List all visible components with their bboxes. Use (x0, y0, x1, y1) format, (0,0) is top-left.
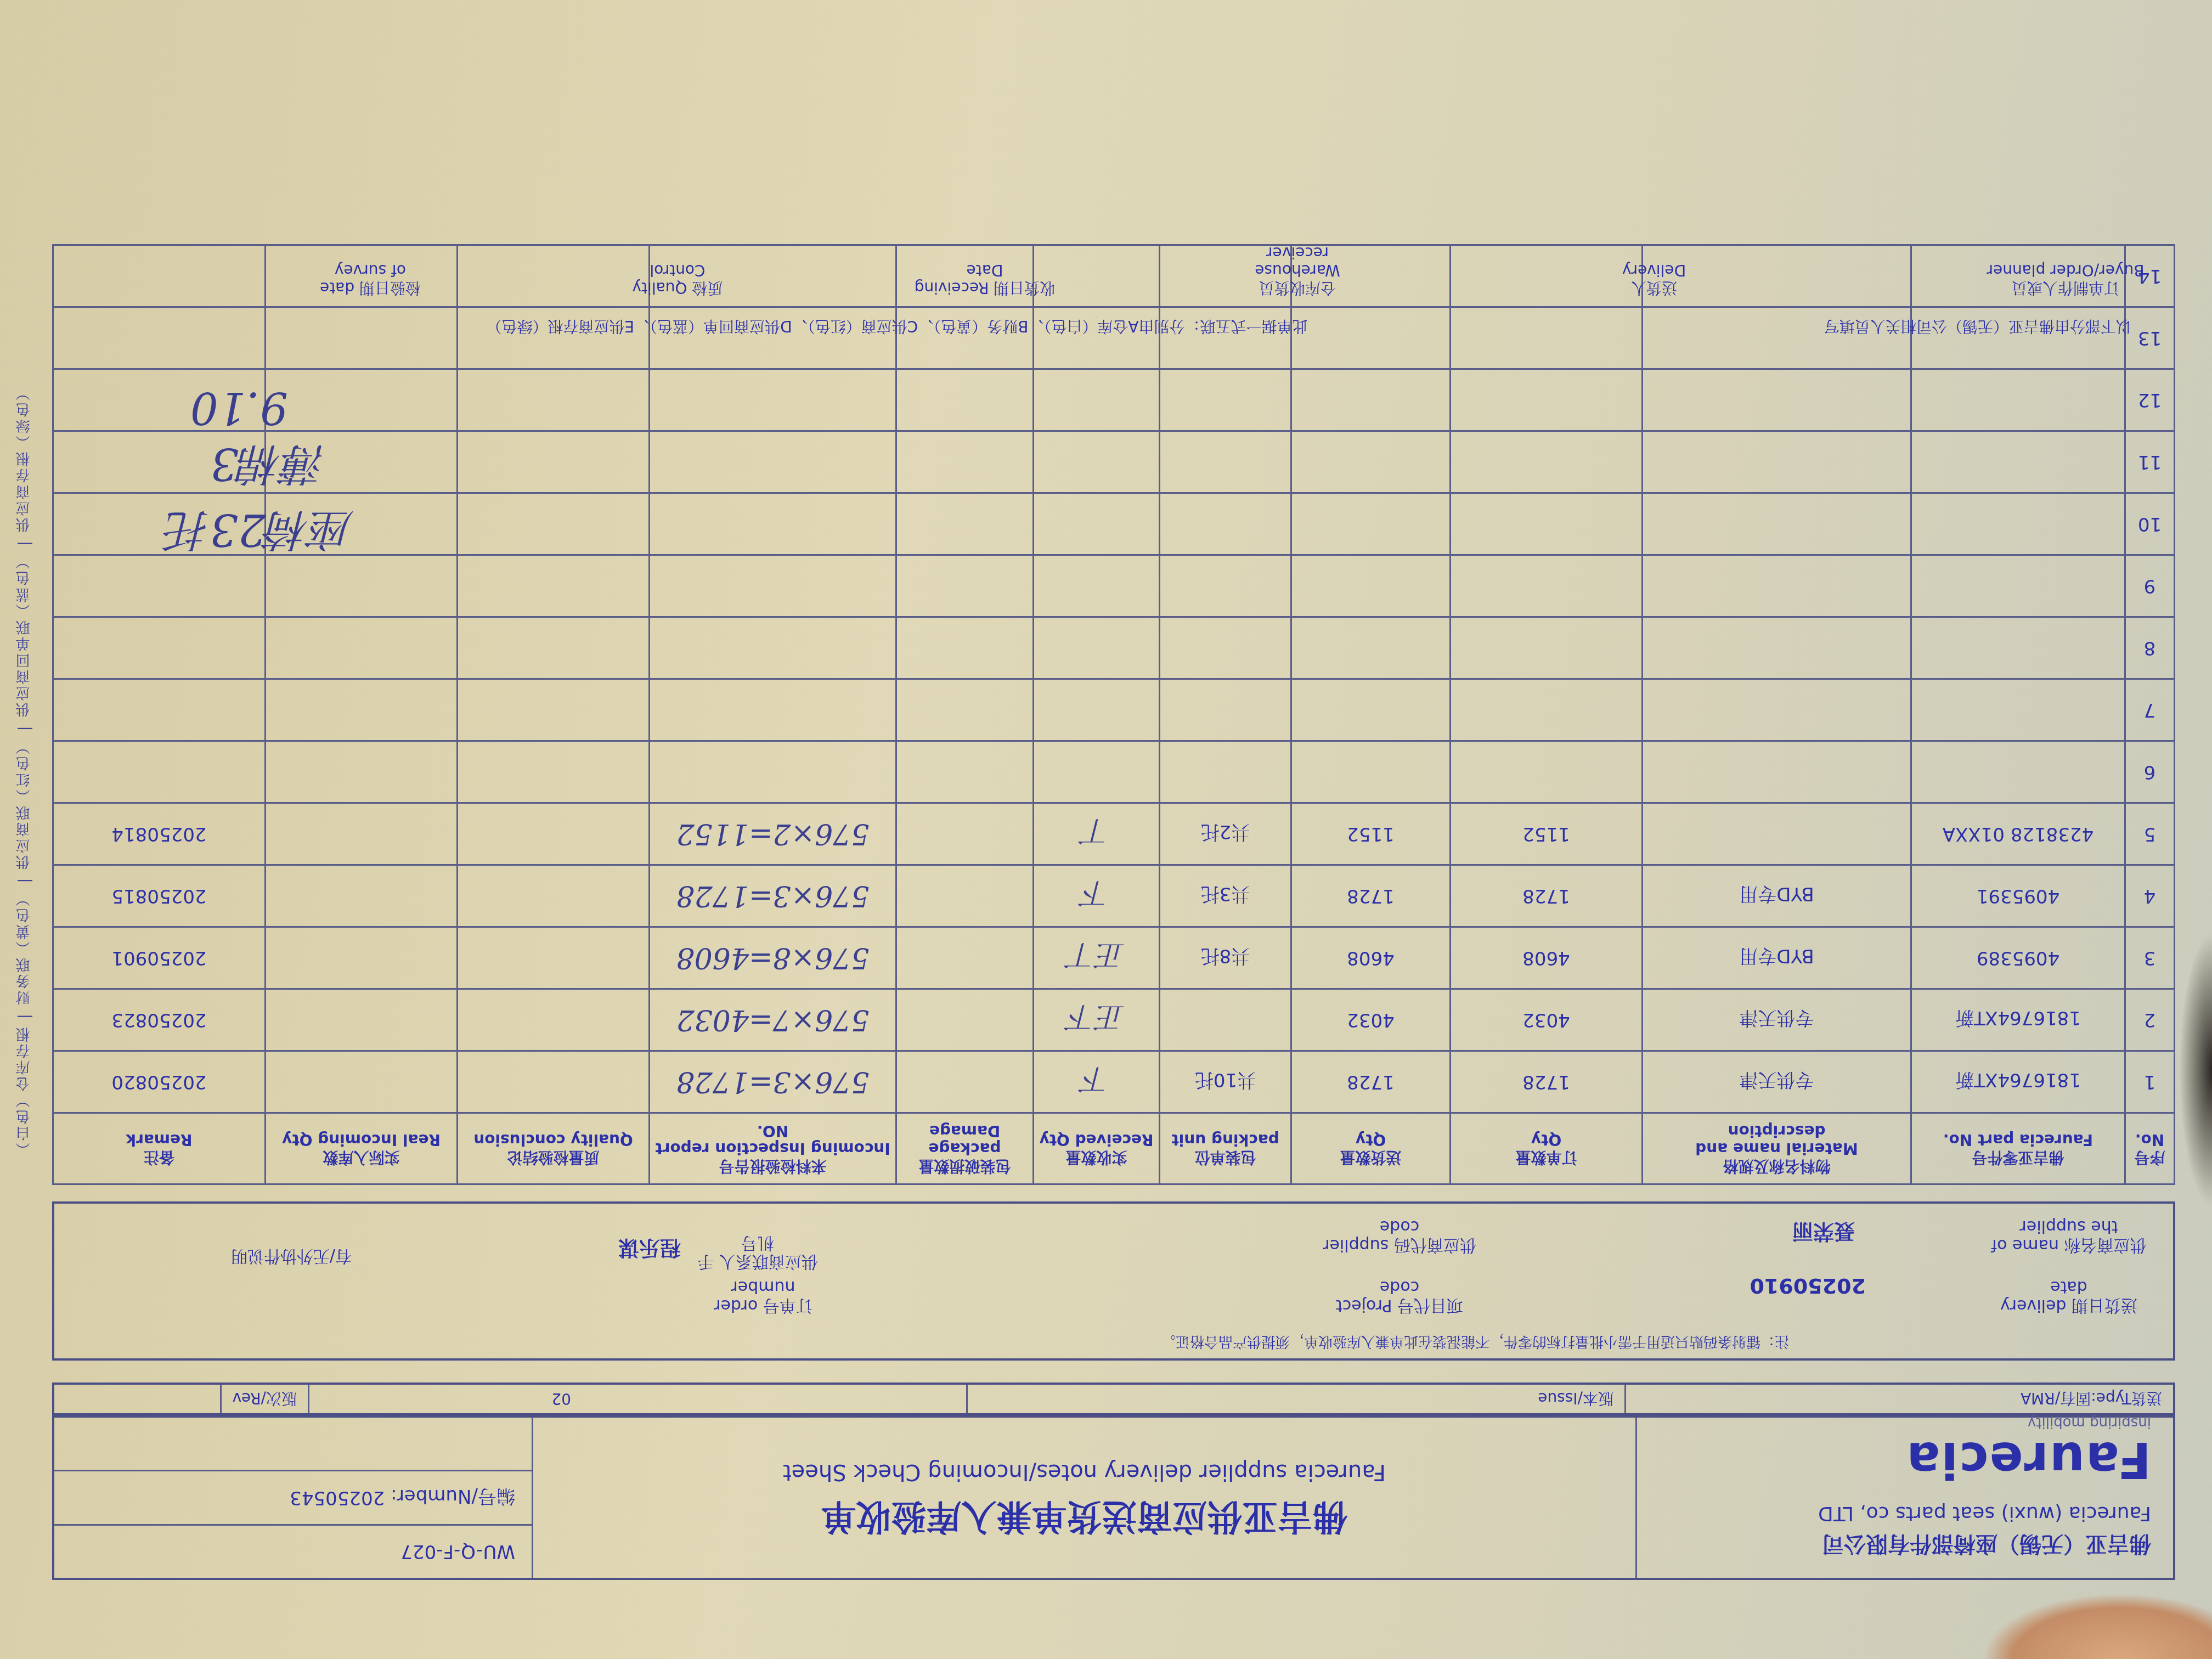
receiving-date-label: 收货日期 Receiving Date (913, 261, 1056, 296)
cell-no: 3 (2125, 927, 2175, 989)
handwritten-remark-2: 薄棉3 (211, 436, 326, 499)
supplier-name-label: 供应商名称 name of the supplier (1987, 1217, 2151, 1254)
cell-quality (458, 865, 650, 927)
cell-desc: BYD专用 (1643, 865, 1911, 927)
order-number-label: 订单号 order number (708, 1277, 818, 1314)
table-row: 4 4095391 BYD专用 1728 1728 共3托 下 576×3=17… (53, 865, 2175, 927)
title-en: Faurecia supplier delivery notes/Incomin… (533, 1459, 1635, 1485)
items-table: 序号No. 佛吉亚零件号Faurecia part No. 物料名称及规格Mat… (52, 244, 2175, 1185)
cell-no: 6 (2125, 741, 2175, 803)
cell-damage (896, 865, 1034, 927)
company-name-en: Faurecia (wuxi) seat parts co, LTD (1659, 1502, 2151, 1525)
cell-delivery-qty: 1152 (1291, 803, 1451, 865)
cell-received: 下 (1034, 1051, 1160, 1113)
qc-label: 质检 Quality Control (628, 261, 727, 296)
cell-quality (458, 989, 650, 1051)
faurecia-logo: Faurecia (1659, 1431, 2151, 1488)
cell-no: 9 (2125, 555, 2175, 617)
cell-quality (458, 927, 650, 989)
cell-report: 576×3=1728 (650, 865, 896, 927)
cell-part: 1816764XT新 (1911, 989, 2125, 1051)
deliverer-label: 送货人 Delivery (1616, 261, 1692, 296)
cell-damage (896, 989, 1034, 1051)
distribution-note: 此单据一式五联：分别由A仓库（白色）、B财务（黄色）、C供应商（红色）、D供应商… (403, 317, 1391, 335)
cell-report: 576×7=4032 (650, 989, 896, 1051)
cell-real-qty (266, 803, 458, 865)
cell-no: 11 (2125, 431, 2175, 493)
table-row: 3 4095389 BYD专用 4608 4608 共8托 正丅 576×8=4… (53, 927, 2175, 989)
table-row: 7 (53, 679, 2175, 741)
edge-shadow (2179, 933, 2212, 1207)
form-blank (54, 1418, 532, 1470)
rev-value: 02 (308, 1385, 582, 1413)
title-cn: 佛吉亚供应商送货单兼入库验收单 (533, 1494, 1635, 1545)
cell-damage (896, 803, 1034, 865)
cell-quality (458, 803, 650, 865)
cell-real-qty (266, 927, 458, 989)
col-report: 来料检验报告号Incoming Inspection report NO. (650, 1113, 896, 1184)
delivery-note-form: 佛吉亚（无锡）座椅部件有限公司 Faurecia (wuxi) seat par… (52, 241, 2175, 1580)
cell-no: 7 (2125, 679, 2175, 741)
col-desc: 物料名称及规格Material name and description (1643, 1113, 1911, 1184)
issue-label: 版本/Issue (966, 1385, 1624, 1413)
copy-note: 以下部分由佛吉亚（无锡）公司相关人员填写 (1786, 317, 2170, 335)
cell-received: 正下 (1034, 989, 1160, 1051)
table-row: 10 (53, 493, 2175, 555)
handwritten-remark-1: 座椅23托 (166, 502, 354, 565)
rev-type: 送货Type:固有/RMA (1624, 1385, 2173, 1413)
table-header-row: 序号No. 佛吉亚零件号Faurecia part No. 物料名称及规格Mat… (53, 1113, 2175, 1184)
delivery-date-value: 20250910 (1750, 1274, 1866, 1298)
company-block: 佛吉亚（无锡）座椅部件有限公司 Faurecia (wuxi) seat par… (1635, 1418, 2173, 1578)
cell-packing: 共8托 (1160, 927, 1291, 989)
rev-label: 版次/Rev (220, 1385, 308, 1413)
cell-delivery-qty: 1728 (1291, 865, 1451, 927)
cell-real-qty (266, 1051, 458, 1113)
cell-packing: 共2托 (1160, 803, 1291, 865)
cell-no: 10 (2125, 493, 2175, 555)
table-row: 12 (53, 369, 2175, 431)
cell-received: 丅 (1034, 803, 1160, 865)
cell-order-qty: 1728 (1451, 865, 1643, 927)
cell-remark: 20250815 (53, 865, 266, 927)
cell-report: 576×3=1728 (650, 1051, 896, 1113)
cell-part: 4095391 (1911, 865, 2125, 927)
cell-remark: 20250901 (53, 927, 266, 989)
info-note: 注：镭射条码贴只适用于需小批量打标的零件，不能混装在此单兼入库验收单，须提供产品… (1161, 1333, 1789, 1353)
cell-packing: 共3托 (1160, 865, 1291, 927)
cell-delivery-qty: 4032 (1291, 989, 1451, 1051)
revision-row: 送货Type:固有/RMA 版本/Issue 02 版次/Rev (52, 1383, 2175, 1415)
cell-remark: 20250820 (53, 1051, 266, 1113)
col-real-qty: 实际入库数Real Incoming Qty (266, 1113, 458, 1184)
col-quality: 质量检验结论Quality conclusion (458, 1113, 650, 1184)
cell-damage (896, 927, 1034, 989)
survey-date-label: 检验日期 date of survey (315, 261, 425, 296)
table-row: 6 (53, 741, 2175, 803)
cell-report: 576×8=4608 (650, 927, 896, 989)
handwritten-remark-3: 9.10 (190, 382, 288, 433)
supplier-name-value: 聂荣丽 (1792, 1218, 1855, 1249)
signature-footer: 以下部分由佛吉亚（无锡）公司相关人员填写 此单据一式五联：分别由A仓库（白色）、… (52, 241, 2175, 351)
col-order-qty: 订单数量Qty (1451, 1113, 1643, 1184)
supplier-code-label: 供应商代码 supplier code (1317, 1217, 1482, 1254)
cell-damage (896, 1051, 1034, 1113)
cell-delivery-qty: 1728 (1291, 1051, 1451, 1113)
cell-packing: 共10托 (1160, 1051, 1291, 1113)
col-delivery-qty: 送货数量Qty (1291, 1113, 1451, 1184)
cell-received: 下 (1034, 865, 1160, 927)
table-row: 2 1816764XT新 专供天津 4032 4032 正下 576×7=403… (53, 989, 2175, 1051)
buyer-label: 订单制作人或员 Buyer/Order planner (1978, 261, 2153, 296)
cell-order-qty: 1152 (1451, 803, 1643, 865)
table-row: 1 1816764XT新 专供天津 1728 1728 共10托 下 576×3… (53, 1051, 2175, 1113)
cell-desc: BYD专用 (1643, 927, 1911, 989)
cell-report: 576×2=1152 (650, 803, 896, 865)
col-remark: 备注Remark (53, 1113, 266, 1184)
project-code-label: 项目代号 Project code (1317, 1277, 1482, 1314)
cell-no: 8 (2125, 617, 2175, 679)
cell-part: 1816764XT新 (1911, 1051, 2125, 1113)
brand-tagline: inspiring mobility (1659, 1414, 2151, 1431)
hand-in-frame (1982, 1593, 2212, 1659)
form-meta: WU-Q-F-027 编号/Number: 20250543 (54, 1418, 532, 1578)
cell-delivery-qty: 4608 (1291, 927, 1451, 989)
cell-real-qty (266, 989, 458, 1051)
form-number-value: 20250543 (290, 1487, 385, 1509)
cell-quality (458, 1051, 650, 1113)
form-code: WU-Q-F-027 (54, 1524, 532, 1578)
contact-label: 供应商联系人 手机号 (697, 1233, 818, 1271)
col-no: 序号No. (2125, 1113, 2175, 1184)
cell-order-qty: 4032 (1451, 989, 1643, 1051)
cell-part: 4238128 01XXA (1911, 803, 2125, 865)
cell-desc: 专供天津 (1643, 1051, 1911, 1113)
attachment-label: 有/无外协件说明 (209, 1246, 374, 1265)
cell-real-qty (266, 865, 458, 927)
table-row: 9 (53, 555, 2175, 617)
cell-desc (1643, 803, 1911, 865)
cell-no: 2 (2125, 989, 2175, 1051)
form-number-label: 编号/Number: (391, 1485, 515, 1511)
supplier-info-block: 注：镭射条码贴只适用于需小批量打标的零件，不能混装在此单兼入库验收单，须提供产品… (52, 1201, 2175, 1361)
receiver-label: 仓库收货员 Warehouse receiver (1237, 244, 1358, 296)
col-received: 实收数量Received Qty (1034, 1113, 1160, 1184)
company-name-cn: 佛吉亚（无锡）座椅部件有限公司 (1659, 1530, 2151, 1561)
cell-received: 正丅 (1034, 927, 1160, 989)
cell-packing (1160, 989, 1291, 1051)
table-row: 11 (53, 431, 2175, 493)
col-packing: 包装单位packing unit (1160, 1113, 1291, 1184)
cell-desc: 专供天津 (1643, 989, 1911, 1051)
col-part: 佛吉亚零件号Faurecia part No. (1911, 1113, 2125, 1184)
cell-no: 1 (2125, 1051, 2175, 1113)
form-title: 佛吉亚供应商送货单兼入库验收单 Faurecia supplier delive… (532, 1418, 1635, 1578)
col-damage: 包装破损数量package Damage (896, 1113, 1034, 1184)
table-row: 5 4238128 01XXA 1152 1152 共2托 丅 576×2=11… (53, 803, 2175, 865)
cell-no: 4 (2125, 865, 2175, 927)
cell-remark: 20250823 (53, 989, 266, 1051)
cell-order-qty: 1728 (1451, 1051, 1643, 1113)
contact-value: 程乐谋 (618, 1235, 681, 1265)
delivery-date-label: 送货日期 delivery date (1987, 1277, 2151, 1314)
cell-order-qty: 4608 (1451, 927, 1643, 989)
copy-distribution-edge-text: （白色）仓库存根 | 财务联（黄色） | 供应商联（红色） | 供应商回单联（蓝… (14, 384, 34, 1157)
table-row: 8 (53, 617, 2175, 679)
cell-no: 12 (2125, 369, 2175, 431)
form-header: 佛吉亚（无锡）座椅部件有限公司 Faurecia (wuxi) seat par… (52, 1415, 2175, 1580)
cell-part: 4095389 (1911, 927, 2125, 989)
spacer (582, 1385, 966, 1413)
cell-no: 5 (2125, 803, 2175, 865)
cell-remark: 20250814 (53, 803, 266, 865)
form-number: 编号/Number: 20250543 (54, 1470, 532, 1523)
